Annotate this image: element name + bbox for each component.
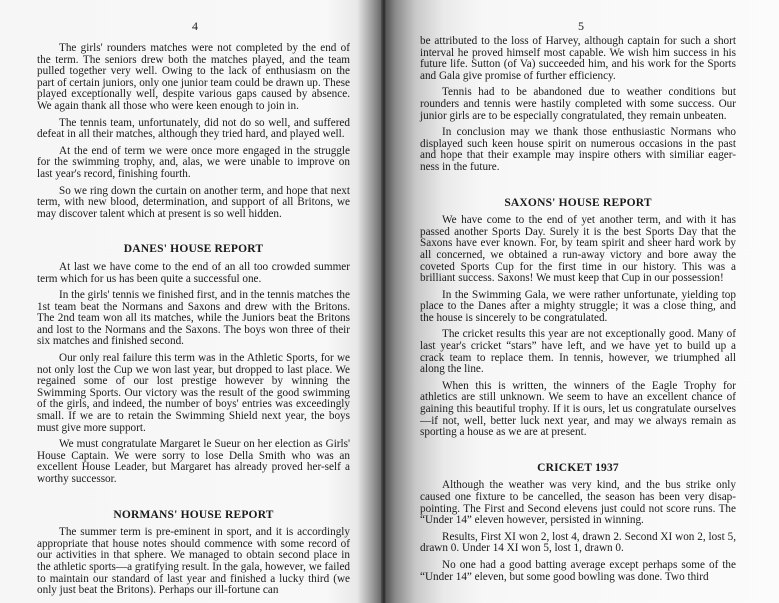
paragraph: In conclusion may we thank those enthusi…: [420, 127, 736, 173]
paragraph: We must congratulate Margaret le Sueur o…: [37, 439, 350, 485]
left-page: 4 The girls' rounders matches were not c…: [0, 0, 384, 603]
page-number: 5: [571, 19, 591, 34]
paragraph: In the girls' tennis we finished first, …: [37, 290, 350, 348]
paragraph: Tennis had to be abandoned due to weathe…: [420, 87, 736, 122]
section-heading-normans: NORMANS' HOUSE REPORT: [37, 510, 350, 522]
section-heading-saxons: SAXONS' HOUSE REPORT: [420, 198, 736, 210]
book-gutter: [381, 0, 387, 603]
section-heading-cricket: CRICKET 1937: [420, 463, 736, 475]
paragraph: No one had a good batting average except…: [420, 560, 736, 583]
paragraph: In the Swimming Gala, we were rather unf…: [420, 290, 736, 325]
left-page-text: The girls' rounders matches were not com…: [37, 43, 350, 602]
paragraph: The cricket results this year are not ex…: [420, 329, 736, 375]
paragraph: So we ring down the curtain on another t…: [37, 186, 350, 221]
section-heading-danes: DANES' HOUSE REPORT: [37, 244, 350, 256]
paragraph: Our only real failure this term was in t…: [37, 353, 350, 434]
paragraph: be attributed to the loss of Harvey, alt…: [420, 36, 736, 82]
page-number: 4: [185, 19, 205, 34]
paragraph: The tennis team, unfortunately, did not …: [37, 118, 350, 141]
right-page-text: be attributed to the loss of Harvey, alt…: [420, 36, 736, 588]
paragraph: The girls' rounders matches were not com…: [37, 43, 350, 113]
paragraph: The summer term is pre-eminent in sport,…: [37, 527, 350, 597]
paragraph: At the end of term we were once more eng…: [37, 146, 350, 181]
paragraph: Results, First XI won 2, lost 4, drawn 2…: [420, 532, 736, 555]
paragraph: When this is written, the winners of the…: [420, 381, 736, 439]
right-page: 5 be attributed to the loss of Harvey, a…: [384, 0, 779, 603]
paragraph: Although the weather was very kind, and …: [420, 480, 736, 526]
paragraph: We have come to the end of yet another t…: [420, 215, 736, 285]
paragraph: At last we have come to the end of an al…: [37, 262, 350, 285]
